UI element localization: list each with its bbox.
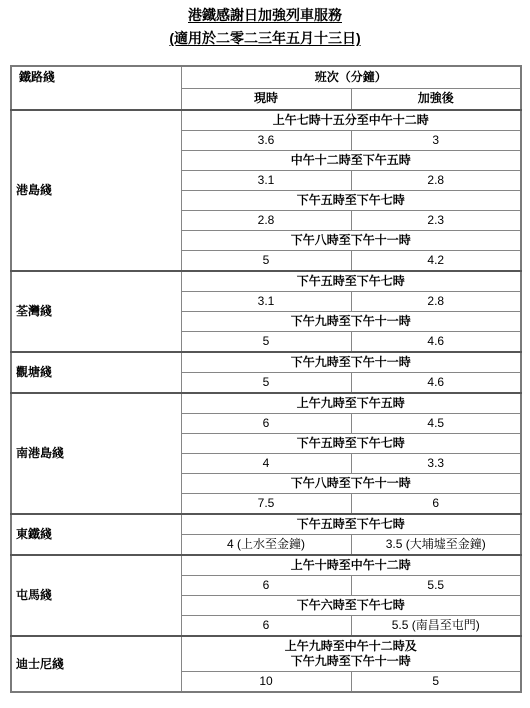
line-name-cell: 南港島綫 — [11, 393, 181, 514]
time-band-cell: 下午八時至下午十一時 — [181, 231, 521, 251]
line-name-cell: 觀塘綫 — [11, 352, 181, 393]
line-name-cell: 東鐵綫 — [11, 514, 181, 555]
time-band-cell: 下午八時至下午十一時 — [181, 474, 521, 494]
time-band-cell: 下午六時至下午七時 — [181, 596, 521, 616]
time-band-cell: 下午五時至下午七時 — [181, 514, 521, 535]
time-band-row: 荃灣綫下午五時至下午七時 — [11, 271, 521, 292]
time-band-cell: 中午十二時至下午五時 — [181, 151, 521, 171]
time-band-row: 南港島綫上午九時至下午五時 — [11, 393, 521, 414]
current-frequency-cell: 5 — [181, 373, 351, 394]
current-frequency-cell: 6 — [181, 616, 351, 637]
current-frequency-cell: 3.1 — [181, 171, 351, 191]
current-frequency-cell: 2.8 — [181, 211, 351, 231]
current-frequency-cell: 6 — [181, 414, 351, 434]
line-name-cell: 屯馬綫 — [11, 555, 181, 636]
header-frequency-minutes: 班次（分鐘） — [181, 66, 521, 88]
time-band-cell: 下午五時至下午七時 — [181, 434, 521, 454]
current-frequency-cell: 4 — [181, 454, 351, 474]
header-enhanced: 加強後 — [351, 88, 521, 110]
time-band-row: 觀塘綫下午九時至下午十一時 — [11, 352, 521, 373]
time-band-cell: 下午九時至下午十一時 — [181, 352, 521, 373]
enhanced-frequency-cell: 2.3 — [351, 211, 521, 231]
time-band-cell: 上午十時至中午十二時 — [181, 555, 521, 576]
document-subtitle: (適用於二零二三年五月十三日) — [0, 30, 530, 46]
current-frequency-cell: 6 — [181, 576, 351, 596]
time-band-cell: 下午九時至下午十一時 — [181, 312, 521, 332]
current-frequency-cell: 3.6 — [181, 131, 351, 151]
enhanced-frequency-cell: 3.3 — [351, 454, 521, 474]
header-row-top: 鐵路綫 班次（分鐘） — [11, 66, 521, 88]
line-name-cell: 迪士尼綫 — [11, 636, 181, 692]
enhanced-frequency-cell: 5.5 (南昌至屯門) — [351, 616, 521, 637]
enhanced-frequency-cell: 5 — [351, 672, 521, 693]
document-title: 港鐵感謝日加強列車服務 — [0, 7, 530, 23]
current-frequency-cell: 7.5 — [181, 494, 351, 515]
header-current: 現時 — [181, 88, 351, 110]
time-band-cell: 上午七時十五分至中午十二時 — [181, 110, 521, 131]
enhanced-frequency-cell: 4.6 — [351, 332, 521, 353]
enhanced-frequency-cell: 5.5 — [351, 576, 521, 596]
table-body: 港島綫上午七時十五分至中午十二時3.63中午十二時至下午五時3.12.8下午五時… — [11, 110, 521, 692]
time-band-cell: 上午九時至下午五時 — [181, 393, 521, 414]
current-frequency-cell: 3.1 — [181, 292, 351, 312]
time-band-row: 東鐵綫下午五時至下午七時 — [11, 514, 521, 535]
time-band-row: 迪士尼綫上午九時至中午十二時及 下午九時至下午十一時 — [11, 636, 521, 672]
time-band-cell: 下午五時至下午七時 — [181, 191, 521, 211]
enhanced-frequency-cell: 2.8 — [351, 292, 521, 312]
service-frequency-table: 鐵路綫 班次（分鐘） 現時 加強後 港島綫上午七時十五分至中午十二時3.63中午… — [10, 65, 522, 693]
line-name-cell: 荃灣綫 — [11, 271, 181, 352]
current-frequency-cell: 10 — [181, 672, 351, 693]
current-frequency-cell: 4 (上水至金鐘) — [181, 535, 351, 556]
time-band-cell: 上午九時至中午十二時及 下午九時至下午十一時 — [181, 636, 521, 672]
enhanced-frequency-cell: 2.8 — [351, 171, 521, 191]
enhanced-frequency-cell: 4.5 — [351, 414, 521, 434]
table-header: 鐵路綫 班次（分鐘） 現時 加強後 — [11, 66, 521, 110]
current-frequency-cell: 5 — [181, 332, 351, 353]
enhanced-frequency-cell: 4.6 — [351, 373, 521, 394]
current-frequency-cell: 5 — [181, 251, 351, 272]
time-band-row: 屯馬綫上午十時至中午十二時 — [11, 555, 521, 576]
header-rail-line: 鐵路綫 — [11, 66, 181, 110]
enhanced-frequency-cell: 4.2 — [351, 251, 521, 272]
time-band-cell: 下午五時至下午七時 — [181, 271, 521, 292]
line-name-cell: 港島綫 — [11, 110, 181, 271]
enhanced-frequency-cell: 3 — [351, 131, 521, 151]
time-band-row: 港島綫上午七時十五分至中午十二時 — [11, 110, 521, 131]
enhanced-frequency-cell: 3.5 (大埔墟至金鐘) — [351, 535, 521, 556]
enhanced-frequency-cell: 6 — [351, 494, 521, 515]
document-page: 港鐵感謝日加強列車服務 (適用於二零二三年五月十三日) 鐵路綫 班次（分鐘） 現… — [0, 0, 530, 708]
